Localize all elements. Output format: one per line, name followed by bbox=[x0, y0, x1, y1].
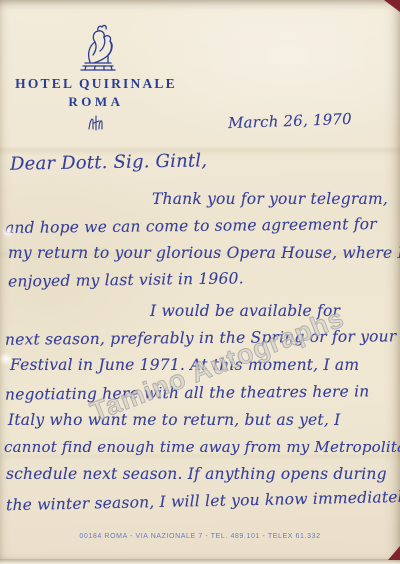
paper-bottom-edge bbox=[0, 559, 400, 564]
letter-line: cannot find enough time away from my Met… bbox=[4, 438, 400, 456]
hotel-address-footer: 00184 ROMA - VIA NAZIONALE 7 - TEL. 489.… bbox=[0, 533, 400, 540]
letter-line: and hope we can come to some agreement f… bbox=[5, 215, 377, 237]
letter-line: the winter season, I will let you know i… bbox=[6, 488, 400, 514]
paper-glint bbox=[2, 226, 14, 238]
hotel-city: ROMA bbox=[0, 94, 192, 110]
letter-line: my return to your glorious Opera House, … bbox=[8, 244, 400, 262]
letterhead-monogram-icon bbox=[86, 114, 106, 132]
letter-paper: HOTEL QUIRINALE ROMA March 26, 1970 Dear… bbox=[0, 0, 400, 564]
letter-line: Thank you for your telegram, bbox=[152, 190, 388, 208]
letterhead: HOTEL QUIRINALE ROMA bbox=[0, 22, 192, 132]
letter-line: Italy who want me to return, but as yet,… bbox=[8, 411, 340, 429]
letter-line: enjoyed my last visit in 1960. bbox=[8, 269, 244, 290]
letter-line: schedule next season. If anything opens … bbox=[6, 465, 387, 483]
hotel-crest-icon bbox=[73, 22, 119, 74]
letter-date: March 26, 1970 bbox=[228, 110, 352, 132]
letter-salutation: Dear Dott. Sig. Gintl, bbox=[10, 150, 208, 174]
hotel-name: HOTEL QUIRINALE bbox=[0, 76, 192, 92]
